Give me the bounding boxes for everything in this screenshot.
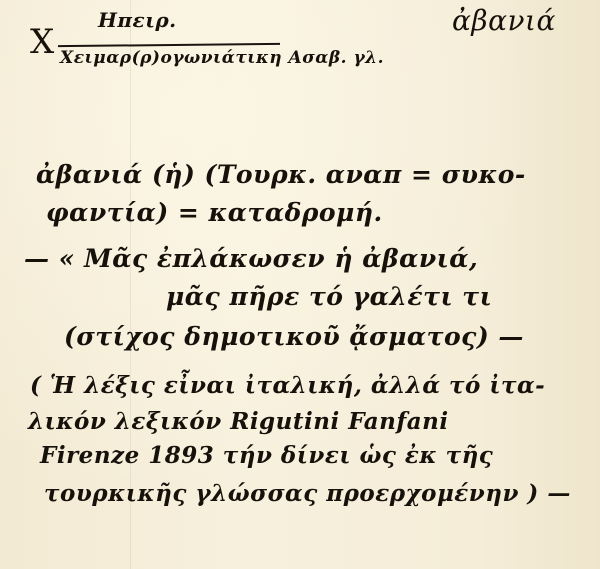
entry-line-1: ἀβανιά (ἡ) (Τουρκ. αναπ = συκο- [36, 160, 526, 189]
etymology-line-3: Firenze 1893 τήν δίνει ὡς ἐκ τῆς [40, 442, 493, 469]
example-line-1: — « Μᾶς ἐπλάκωσεν ἡ ἀβανιά, [24, 244, 478, 273]
etymology-line-2: λικόν λεξικόν Rigutini Fanfani [28, 408, 449, 435]
entry-line-2: φαντία) = καταδρομή. [46, 198, 383, 227]
region-abbreviation: Ηπειρ. [98, 8, 177, 32]
example-line-2: μᾶς πῆρε τό γαλέτι τι [166, 282, 492, 311]
example-source: (στίχος δημοτικοῦ ᾄσματος) — [64, 322, 524, 351]
dialect-source: Χειμαρ(ρ)ογωνιάτικη Ασαβ. γλ. [60, 48, 384, 68]
fraction-rule [58, 43, 280, 47]
headword: ἀβανιά [452, 4, 556, 37]
etymology-line-4: τουρκικῆς γλώσσας προερχομένην ) — [44, 480, 571, 507]
cross-mark: X [30, 22, 55, 62]
etymology-line-1: ( Ἡ λέξις εἶναι ἰταλική, ἀλλά τό ἰτα- [30, 372, 545, 399]
handwritten-note-card: X Ηπειρ. Χειμαρ(ρ)ογωνιάτικη Ασαβ. γλ. ἀ… [0, 0, 600, 569]
